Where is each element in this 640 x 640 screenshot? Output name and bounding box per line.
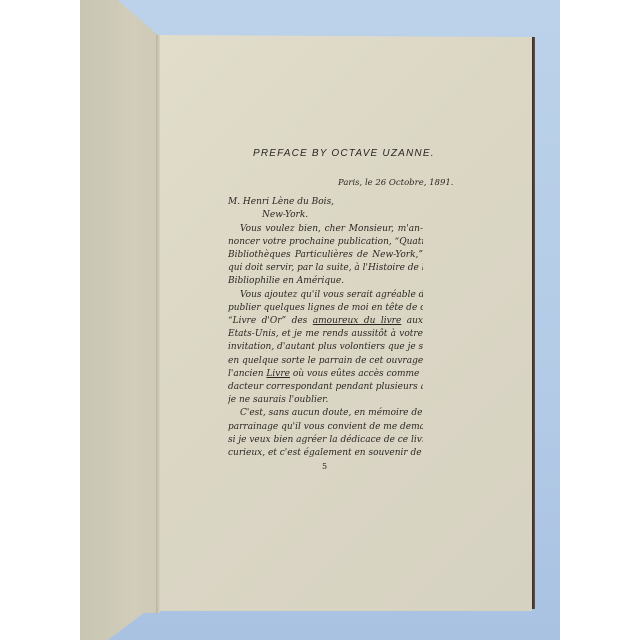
page-title: PREFACE BY OCTAVE UZANNE. [253,148,435,159]
text: l'ancien [228,369,266,379]
body-line: parrainage qu'il vous convient de me dem… [228,421,423,433]
body-line: je ne saurais l'oublier. [228,394,423,406]
underlined-phrase: amoureux du livre [313,316,402,326]
spine [156,35,160,613]
body-line: Bibliothèques Particulières de New-York,… [228,249,423,261]
book-photo: PREFACE BY OCTAVE UZANNE. Paris, le 26 O… [80,0,560,640]
text: où vous eûtes accès comme ré- [290,369,423,379]
address-line-1: M. Henri Lène du Bois, [228,196,423,208]
body-line: C'est, sans aucun doute, en mémoire de c… [240,407,423,419]
body-line: publier quelques lignes de moi en tête d… [228,302,423,314]
address-line-2: New-York. [262,209,308,221]
text: “Livre d'Or” des [228,316,313,326]
body-line: en quelque sorte le parrain de cet ouvra… [228,355,423,367]
body-line-underlined: l'ancien Livre où vous eûtes accès comme… [228,368,423,380]
body-line: qui doit servir, par la suite, à l'Histo… [228,262,423,274]
body-line: Etats-Unis, et je me rends aussitôt à vo… [228,328,423,340]
underlined-word: Livre [266,369,290,379]
dateline: Paris, le 26 Octobre, 1891. [338,178,453,188]
body-line: noncer votre prochaine publication, “Qua… [228,236,423,248]
body-line: invitation, d'autant plus volontiers que… [228,341,423,353]
page-edge [532,37,535,609]
body-line: Vous voulez bien, cher Monsieur, m'an- [240,223,423,235]
body-line: si je veux bien agréer la dédicace de ce… [228,434,423,446]
body-line: dacteur correspondant pendant plusieurs … [228,381,423,393]
text: aux [401,316,423,326]
body-line-underlined: “Livre d'Or” des amoureux du livre aux [228,315,423,327]
body-line: Bibliophilie en Amérique. [228,275,423,287]
body-line: Vous ajoutez qu'il vous serait agréable … [240,289,423,301]
page-number: 5 [322,462,327,471]
body-line: curieux, et c'est également en souvenir … [228,447,423,459]
